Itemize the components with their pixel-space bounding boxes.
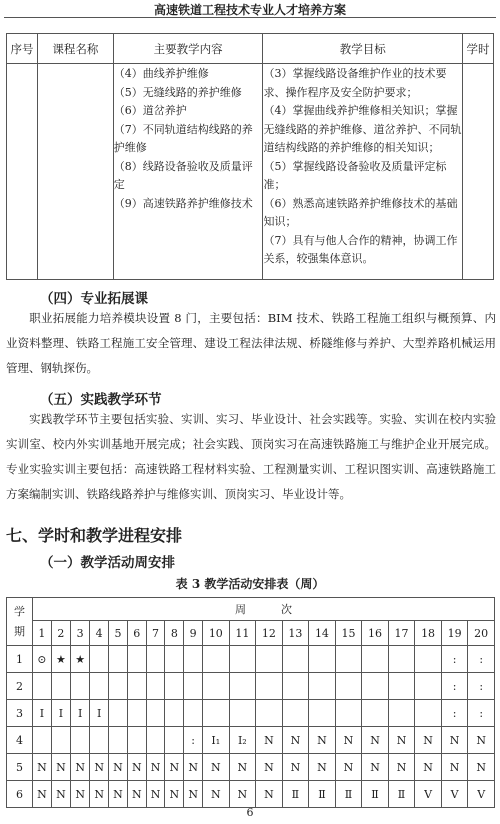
col-objective: 教学目标	[263, 34, 463, 64]
week-activity-cell: :	[468, 673, 495, 700]
week-activity-cell: N	[109, 781, 128, 808]
week-activity-cell: I	[90, 700, 109, 727]
week-activity-cell	[362, 700, 389, 727]
week-activity-cell: :	[468, 646, 495, 673]
week-activity-cell: N	[203, 781, 230, 808]
week-activity-cell: Ⅱ	[362, 781, 389, 808]
content-line: （9）高速铁路养护维修技术	[114, 195, 263, 214]
week-activity-cell	[51, 727, 70, 754]
week-number: 16	[362, 621, 389, 646]
week-number: 2	[51, 621, 70, 646]
week-number: 13	[282, 621, 309, 646]
week-activity-cell: Ⅱ	[335, 781, 362, 808]
week-number: 6	[127, 621, 146, 646]
objective-line: （3）掌握线路设备维护作业的技术要求、操作程序及安全防护要求；	[263, 65, 462, 102]
week-activity-cell: N	[109, 754, 128, 781]
week-number: 3	[71, 621, 90, 646]
week-activity-cell: Ⅱ	[282, 781, 309, 808]
week-activity-cell: N	[335, 727, 362, 754]
week-activity-cell	[146, 646, 165, 673]
content-line: （7）不同轨道结构线路的养护维修	[114, 121, 263, 158]
week-activity-cell	[309, 673, 336, 700]
week-activity-cell: N	[468, 754, 495, 781]
term-number: 1	[7, 646, 33, 673]
week-number-row: 1234567891011121314151617181920	[7, 621, 495, 646]
week-activity-cell	[51, 673, 70, 700]
week-activity-cell: N	[256, 727, 283, 754]
objective-line: （5）掌握线路设备验收及质量评定标准；	[263, 158, 462, 195]
col-content: 主要教学内容	[113, 34, 263, 64]
week-activity-cell: N	[127, 754, 146, 781]
week-activity-cell	[165, 700, 184, 727]
week-activity-cell: V	[415, 781, 442, 808]
week-activity-cell	[90, 646, 109, 673]
week-activity-cell	[362, 646, 389, 673]
week-activity-cell: N	[51, 781, 70, 808]
col-course-name: 课程名称	[37, 34, 113, 64]
week-activity-cell: ★	[71, 646, 90, 673]
page-number: 6	[0, 806, 500, 819]
week-number: 11	[229, 621, 256, 646]
header-rule	[4, 17, 496, 18]
cell-content: （4）曲线养护维修（5）无缝线路的养护维修（6）道岔养护（7）不同轨道结构线路的…	[113, 64, 263, 280]
week-activity-cell: N	[51, 754, 70, 781]
week-number: 7	[146, 621, 165, 646]
col-index: 序号	[7, 34, 38, 64]
week-activity-cell: N	[90, 781, 109, 808]
week-activity-cell	[127, 673, 146, 700]
week-number: 4	[90, 621, 109, 646]
week-activity-cell	[165, 727, 184, 754]
week-number: 1	[33, 621, 52, 646]
week-activity-cell	[335, 646, 362, 673]
content-line: （6）道岔养护	[114, 102, 263, 121]
term-number: 5	[7, 754, 33, 781]
page-header-title: 高速铁道工程技术专业人才培养方案	[0, 0, 500, 22]
week-activity-cell: I₁	[203, 727, 230, 754]
term-header: 学 期	[7, 598, 33, 646]
week-activity-cell: N	[441, 727, 468, 754]
week-activity-cell: N	[71, 754, 90, 781]
term-number: 6	[7, 781, 33, 808]
week-activity-cell: N	[33, 781, 52, 808]
week-activity-cell: Ⅱ	[388, 781, 415, 808]
week-number: 19	[441, 621, 468, 646]
week-activity-cell	[415, 646, 442, 673]
week-activity-cell: N	[282, 727, 309, 754]
week-activity-cell: ⊙	[33, 646, 52, 673]
week-activity-cell: N	[184, 754, 203, 781]
week-activity-cell: N	[165, 781, 184, 808]
week-activity-cell: :	[441, 673, 468, 700]
week-activity-cell: N	[282, 754, 309, 781]
week-activity-cell: I₂	[229, 727, 256, 754]
table-row: （4）曲线养护维修（5）无缝线路的养护维修（6）道岔养护（7）不同轨道结构线路的…	[7, 64, 494, 280]
week-activity-cell: N	[256, 781, 283, 808]
week-number: 9	[184, 621, 203, 646]
week-activity-cell	[127, 646, 146, 673]
week-activity-cell	[388, 700, 415, 727]
week-number: 20	[468, 621, 495, 646]
week-activity-cell: ★	[51, 646, 70, 673]
week-activity-cell: N	[441, 754, 468, 781]
week-activity-cell	[109, 673, 128, 700]
week-number: 5	[109, 621, 128, 646]
week-activity-cell: N	[33, 754, 52, 781]
week-activity-cell: V	[441, 781, 468, 808]
week-number: 18	[415, 621, 442, 646]
objective-line: （6）熟悉高速铁路养护维修技术的基础知识；	[263, 195, 462, 232]
content-line: （5）无缝线路的养护维修	[114, 84, 263, 103]
week-activity-cell: N	[362, 727, 389, 754]
week-activity-cell: I	[33, 700, 52, 727]
objective-line: （7）具有与他人合作的精神，协调工作关系，较强集体意识。	[263, 232, 462, 269]
week-activity-cell: N	[335, 754, 362, 781]
week-activity-cell	[415, 700, 442, 727]
week-activity-cell	[109, 646, 128, 673]
week-number: 10	[203, 621, 230, 646]
week-activity-cell	[203, 700, 230, 727]
cell-index	[7, 64, 38, 280]
week-activity-cell	[71, 727, 90, 754]
week-activity-cell: N	[362, 754, 389, 781]
week-activity-cell	[109, 700, 128, 727]
week-activity-cell: N	[146, 754, 165, 781]
course-table-header: 序号 课程名称 主要教学内容 教学目标 学时	[7, 34, 494, 64]
week-activity-cell	[256, 700, 283, 727]
term-number: 4	[7, 727, 33, 754]
week-activity-cell	[229, 700, 256, 727]
week-activity-cell	[146, 673, 165, 700]
table-caption: 表 3 教学活动安排表（周）	[0, 575, 500, 592]
week-number: 12	[256, 621, 283, 646]
week-activity-cell: N	[90, 754, 109, 781]
week-activity-cell: N	[127, 781, 146, 808]
week-activity-cell: I	[51, 700, 70, 727]
objective-line: （4）掌握曲线养护维修相关知识；掌握无缝线路的养护维修、道岔养护、不同轨道结构线…	[263, 102, 462, 158]
week-activity-cell: N	[388, 754, 415, 781]
week-activity-cell	[127, 727, 146, 754]
cell-course-name	[37, 64, 113, 280]
chapter-heading: 七、学时和教学进程安排	[6, 523, 182, 546]
week-activity-cell	[282, 646, 309, 673]
week-activity-cell	[229, 673, 256, 700]
table-row: 3IIII::	[7, 700, 495, 727]
week-activity-cell	[362, 673, 389, 700]
cell-hours	[463, 64, 494, 280]
week-activity-cell: Ⅱ	[309, 781, 336, 808]
week-activity-cell	[165, 646, 184, 673]
week-activity-cell	[256, 673, 283, 700]
week-activity-cell	[282, 700, 309, 727]
week-activity-cell: N	[203, 754, 230, 781]
week-activity-cell: :	[441, 646, 468, 673]
schedule-table: 学 期 周 次 1234567891011121314151617181920 …	[6, 597, 495, 808]
week-activity-cell	[146, 727, 165, 754]
week-activity-cell: I	[71, 700, 90, 727]
cell-objective: （3）掌握线路设备维护作业的技术要求、操作程序及安全防护要求；（4）掌握曲线养护…	[263, 64, 463, 280]
week-activity-cell	[256, 646, 283, 673]
week-activity-cell	[335, 700, 362, 727]
table-row: 2::	[7, 673, 495, 700]
week-activity-cell: N	[256, 754, 283, 781]
week-number: 8	[165, 621, 184, 646]
subsection-heading: （一）教学活动周安排	[40, 551, 175, 571]
week-number: 14	[309, 621, 336, 646]
week-activity-cell: N	[468, 727, 495, 754]
week-activity-cell	[388, 673, 415, 700]
week-activity-cell	[335, 673, 362, 700]
week-activity-cell	[127, 700, 146, 727]
week-activity-cell	[184, 673, 203, 700]
table-row: 4:I₁I₂NNNNNNNNN	[7, 727, 495, 754]
week-activity-cell	[71, 673, 90, 700]
week-activity-cell	[146, 700, 165, 727]
week-activity-cell: N	[388, 727, 415, 754]
week-activity-cell: N	[229, 781, 256, 808]
week-activity-cell	[90, 727, 109, 754]
week-activity-cell: N	[146, 781, 165, 808]
section-heading-4: （四）专业拓展课	[40, 287, 148, 307]
week-activity-cell	[203, 673, 230, 700]
week-activity-cell	[165, 673, 184, 700]
week-activity-cell: V	[468, 781, 495, 808]
section-body-5: 实践教学环节主要包括实验、实训、实习、毕业设计、社会实践等。实验、实训在校内实验…	[6, 407, 496, 507]
term-number: 3	[7, 700, 33, 727]
week-activity-cell	[33, 673, 52, 700]
week-activity-cell	[184, 646, 203, 673]
table-row: 5NNNNNNNNNNNNNNNNNNNN	[7, 754, 495, 781]
week-number: 17	[388, 621, 415, 646]
section-body-4: 职业拓展能力培养模块设置 8 门，主要包括：BIM 技术、铁路工程施工组织与概预…	[6, 306, 496, 381]
week-activity-cell: N	[309, 727, 336, 754]
week-group-header: 周 次	[33, 598, 495, 621]
week-activity-cell: N	[71, 781, 90, 808]
week-activity-cell: N	[184, 781, 203, 808]
week-number: 15	[335, 621, 362, 646]
week-activity-cell: :	[441, 700, 468, 727]
week-activity-cell	[90, 673, 109, 700]
week-activity-cell: N	[415, 727, 442, 754]
week-activity-cell: N	[229, 754, 256, 781]
week-activity-cell	[109, 727, 128, 754]
col-hours: 学时	[463, 34, 494, 64]
week-activity-cell	[309, 646, 336, 673]
week-activity-cell	[309, 700, 336, 727]
table-row: 6NNNNNNNNNNNNⅡⅡⅡⅡⅡVVV	[7, 781, 495, 808]
content-line: （8）线路设备验收及质量评定	[114, 158, 263, 195]
term-number: 2	[7, 673, 33, 700]
week-activity-cell	[203, 646, 230, 673]
week-activity-cell	[229, 646, 256, 673]
week-activity-cell	[33, 727, 52, 754]
week-activity-cell: :	[184, 727, 203, 754]
week-activity-cell: N	[165, 754, 184, 781]
week-activity-cell: :	[468, 700, 495, 727]
table-row: 1⊙★★::	[7, 646, 495, 673]
content-line: （4）曲线养护维修	[114, 65, 263, 84]
week-activity-cell	[388, 646, 415, 673]
week-activity-cell	[184, 700, 203, 727]
week-activity-cell: N	[415, 754, 442, 781]
week-activity-cell: N	[309, 754, 336, 781]
week-activity-cell	[415, 673, 442, 700]
week-activity-cell	[282, 673, 309, 700]
section-heading-5: （五）实践教学环节	[40, 388, 162, 408]
course-table: 序号 课程名称 主要教学内容 教学目标 学时 （4）曲线养护维修（5）无缝线路的…	[6, 33, 494, 280]
